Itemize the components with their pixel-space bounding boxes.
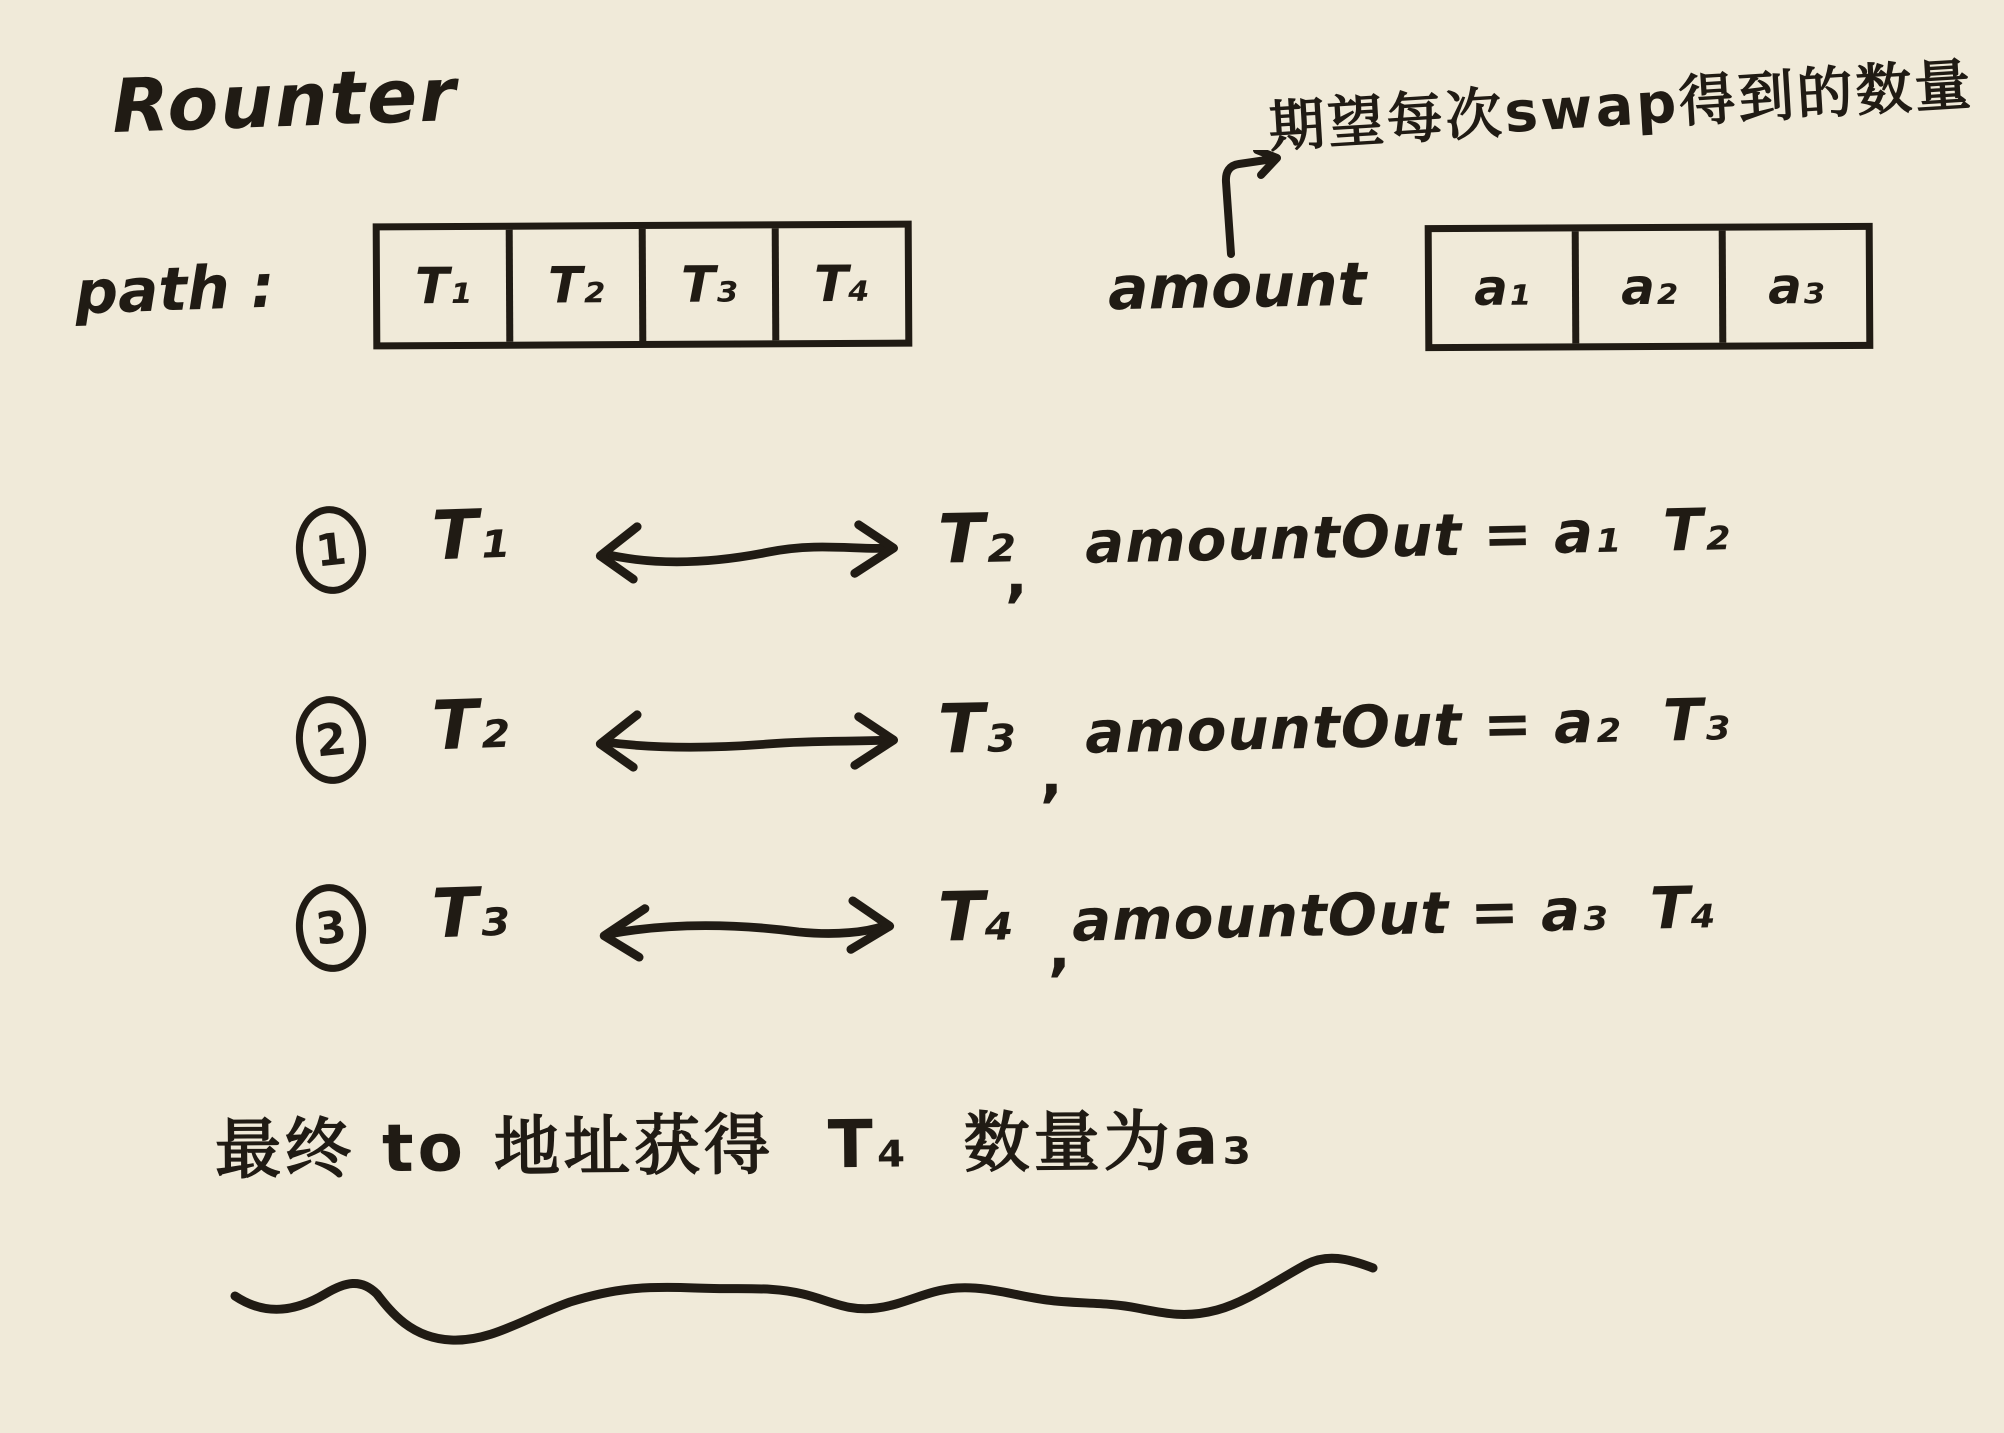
amount-cell: a₂ <box>1579 231 1727 344</box>
amount-out-equation: amountOut = a₁ T₂ <box>1084 495 1730 576</box>
path-cell: T₂ <box>513 229 647 342</box>
from-token: T₂ <box>431 685 510 767</box>
double-arrow-icon <box>575 894 915 964</box>
double-arrow-icon <box>575 516 915 586</box>
amount-cell: a₃ <box>1726 230 1867 343</box>
path-label: path : <box>74 252 276 329</box>
page-title: Rounter <box>111 52 459 150</box>
to-token: T₄ <box>937 877 1015 957</box>
step-number-badge: 2 <box>292 693 371 788</box>
from-token: T₃ <box>431 873 510 955</box>
comma: , <box>1048 914 1071 984</box>
amount-out-equation: amountOut = a₃ T₄ <box>1071 873 1717 954</box>
path-cell: T₃ <box>646 228 780 341</box>
from-token: T₁ <box>431 495 510 577</box>
amount-array: a₁ a₂ a₃ <box>1425 223 1874 351</box>
conclusion-text: 最终 to 地址获得 T₄ 数量为a₃ <box>215 1087 1256 1191</box>
amount-cell: a₁ <box>1432 231 1580 344</box>
amount-out-equation: amountOut = a₂ T₃ <box>1084 685 1730 766</box>
to-token: T₃ <box>937 689 1015 769</box>
to-token: T₂ <box>937 499 1015 579</box>
double-arrow-icon <box>575 706 915 776</box>
path-cell: T₁ <box>380 230 514 343</box>
wavy-underline-icon <box>225 1252 1400 1362</box>
handwritten-note-canvas: Rounter 期望每次swap得到的数量 path : T₁ T₂ T₃ T₄… <box>0 0 2004 1433</box>
swap-expectation-annotation: 期望每次swap得到的数量 <box>1266 41 1976 164</box>
path-cell: T₄ <box>779 228 906 341</box>
annotation-arrow-icon <box>1215 150 1305 260</box>
swap-step-row: 3 T₃ T₄ , amountOut = a₃ T₄ <box>0 856 2004 1046</box>
step-number-badge: 3 <box>292 881 371 976</box>
swap-step-row: 1 T₁ T₂ , amountOut = a₁ T₂ <box>0 478 2004 668</box>
amount-label: amount <box>1107 250 1367 324</box>
swap-step-row: 2 T₂ T₃ , amountOut = a₂ T₃ <box>0 668 2004 858</box>
comma: , <box>1040 740 1063 810</box>
comma: , <box>1005 540 1028 610</box>
step-number-badge: 1 <box>292 503 371 598</box>
path-array: T₁ T₂ T₃ T₄ <box>373 221 913 350</box>
